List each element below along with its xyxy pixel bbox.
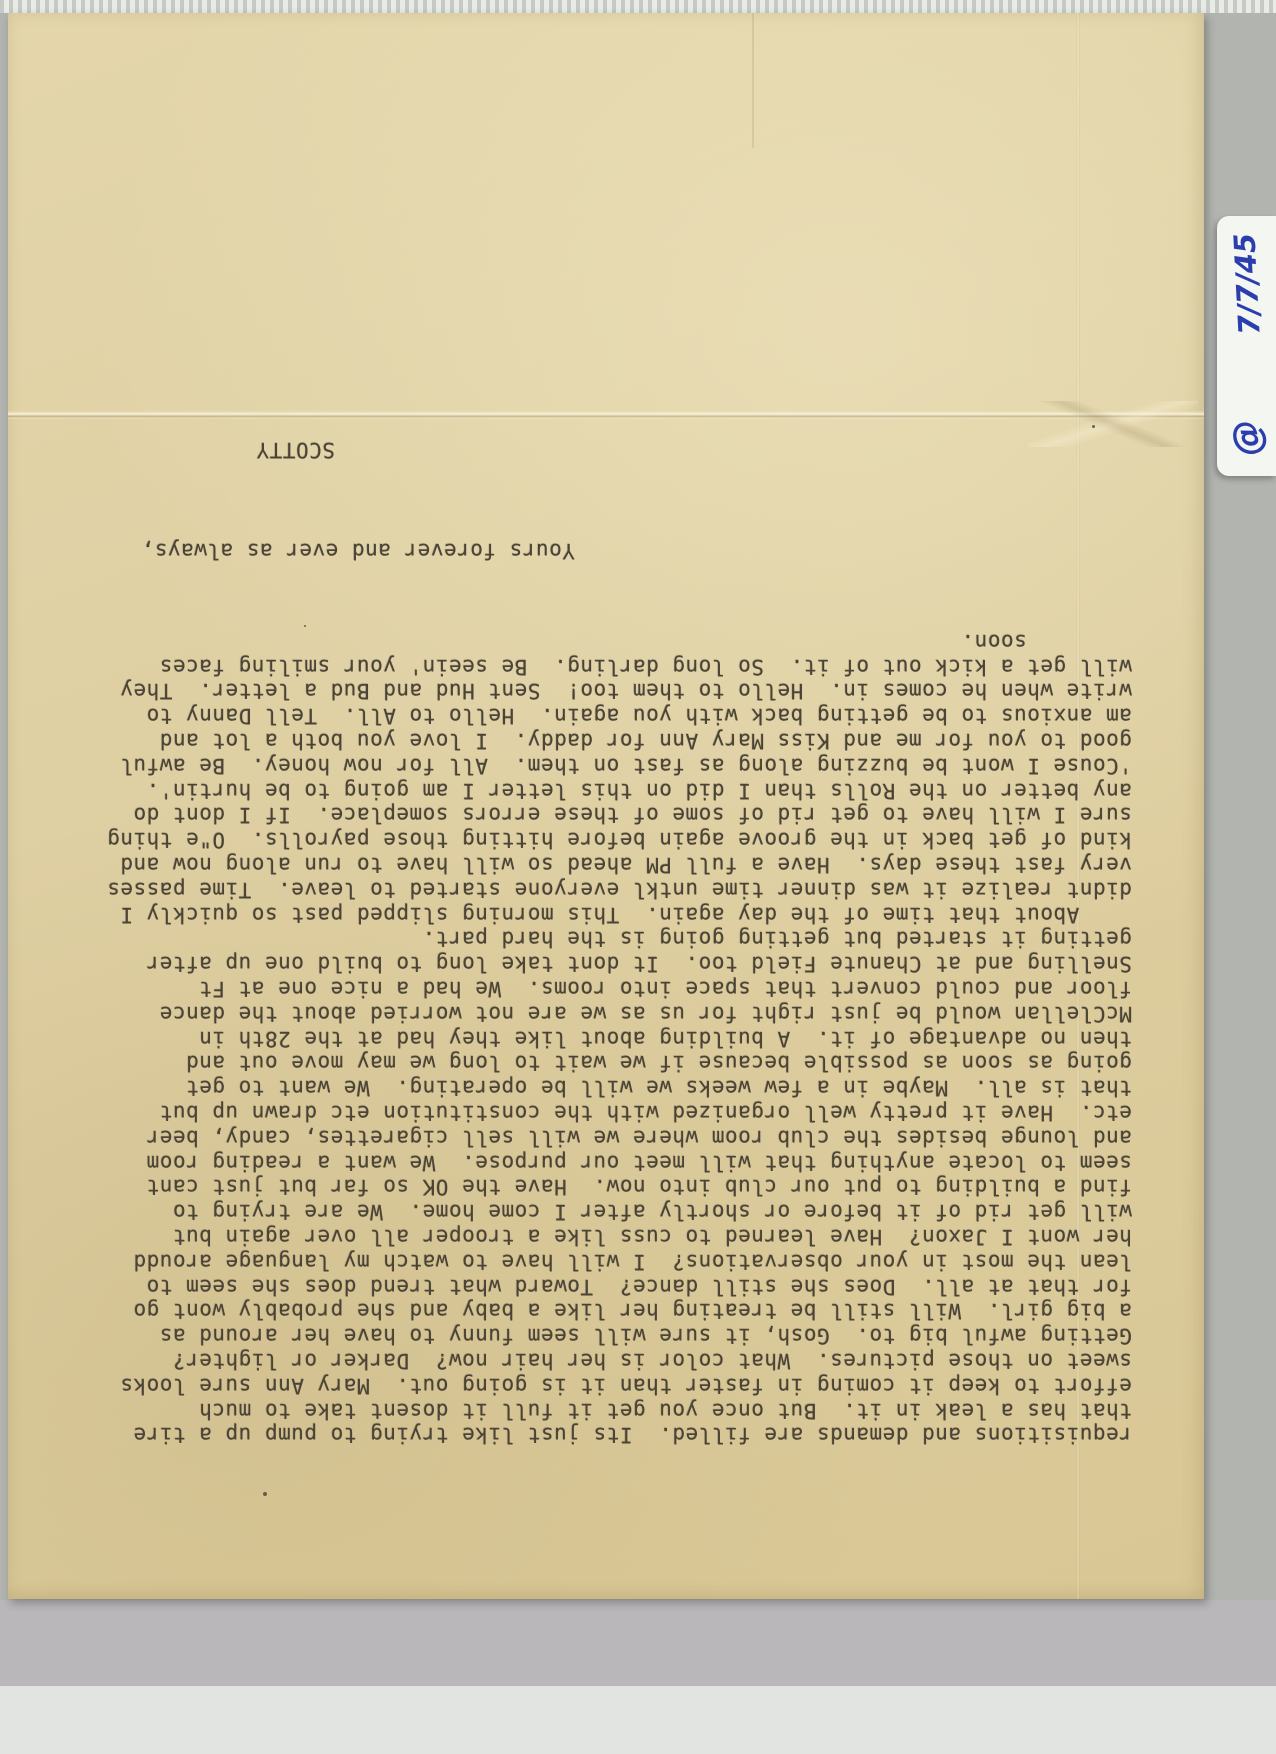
letter-line: find a building to put our club into now… bbox=[38, 1175, 1132, 1200]
letter-line: will get a kick out of it. So long darli… bbox=[38, 654, 1132, 679]
letter-line: seem to locate anything that will meet o… bbox=[38, 1150, 1132, 1175]
letter-line: that is all. Maybe in a few weeks we wil… bbox=[38, 1075, 1132, 1100]
scanner-edge-strip bbox=[0, 0, 1276, 13]
letter-line: that has a leak in it. But once you get … bbox=[38, 1398, 1132, 1423]
handwritten-date: 7/7/45 bbox=[1227, 232, 1266, 336]
letter-line: effort to keep it coming in faster than … bbox=[38, 1373, 1132, 1398]
letter-line: Snelling and at Chanute Field too. It do… bbox=[38, 951, 1132, 976]
letter-line: am anxious to be getting back with you a… bbox=[38, 704, 1132, 729]
letter-line: kind of get back in the groove again bef… bbox=[38, 827, 1132, 852]
letter-line: any better on the Rolls than I did on th… bbox=[38, 778, 1132, 803]
letter-line: sure I will have to get rid of some of t… bbox=[38, 803, 1132, 828]
letter-line: her wont I Jaxon? Have learned to cuss l… bbox=[38, 1224, 1132, 1249]
letter-line: very fast these days. Have a full PM ahe… bbox=[38, 852, 1132, 877]
letter-line: 'Couse I wont be buzzing along as fast o… bbox=[38, 753, 1132, 778]
letter-line: going as soon as possible because if we … bbox=[38, 1051, 1132, 1076]
letter-line: will get rid of it before or shortly aft… bbox=[38, 1199, 1132, 1224]
letter-line: sweet on those pictures. What color is h… bbox=[38, 1348, 1132, 1373]
letter-line: etc. Have it pretty well organized with … bbox=[38, 1100, 1132, 1125]
letter-line: soon. bbox=[38, 629, 1132, 654]
letter-line: and lounge besides the club room where w… bbox=[38, 1125, 1132, 1150]
at-symbol-handwriting: @ bbox=[1222, 416, 1271, 460]
letter-line: floor and could convert that space into … bbox=[38, 976, 1132, 1001]
letter-line: McClellan would be just right for us as … bbox=[38, 1001, 1132, 1026]
archival-sticker-label: 7/7/45 @ bbox=[1217, 216, 1276, 476]
letter-line: a big girl. Will still be treating her l… bbox=[38, 1299, 1132, 1324]
letter-line: Getting awful big to. Gosh, it sure will… bbox=[38, 1323, 1132, 1348]
letter-line: lean the most in your observations? I wi… bbox=[38, 1249, 1132, 1274]
scanned-letter-page: requisitions and demands are filled. Its… bbox=[0, 0, 1276, 1754]
letter-line: getting it started but getting going is … bbox=[38, 927, 1132, 952]
letter-line: didnt realize it was dinner time untkl e… bbox=[38, 877, 1132, 902]
letter-line: for that at all. Does she still dance? T… bbox=[38, 1274, 1132, 1299]
letter-sheet: requisitions and demands are filled. Its… bbox=[8, 13, 1204, 1599]
letter-signature: SCOTTY bbox=[38, 437, 335, 462]
letter-line: good to you for me and Kiss Mary Ann for… bbox=[38, 728, 1132, 753]
typewritten-letter-text: requisitions and demands are filled. Its… bbox=[8, 13, 1204, 1599]
letter-closing: Yours forever and ever as always, bbox=[38, 538, 575, 563]
letter-line: About that time of the day again. This m… bbox=[38, 902, 1132, 927]
letter-line: then no advantage of it. A building abou… bbox=[38, 1026, 1132, 1051]
letter-line: write when he comes in. Hello to them to… bbox=[38, 679, 1132, 704]
scanner-bed-strip bbox=[0, 1686, 1276, 1754]
scanner-background-band bbox=[0, 1600, 1276, 1686]
letter-body: requisitions and demands are filled. Its… bbox=[38, 629, 1132, 1447]
letter-line: requisitions and demands are filled. Its… bbox=[38, 1423, 1132, 1448]
